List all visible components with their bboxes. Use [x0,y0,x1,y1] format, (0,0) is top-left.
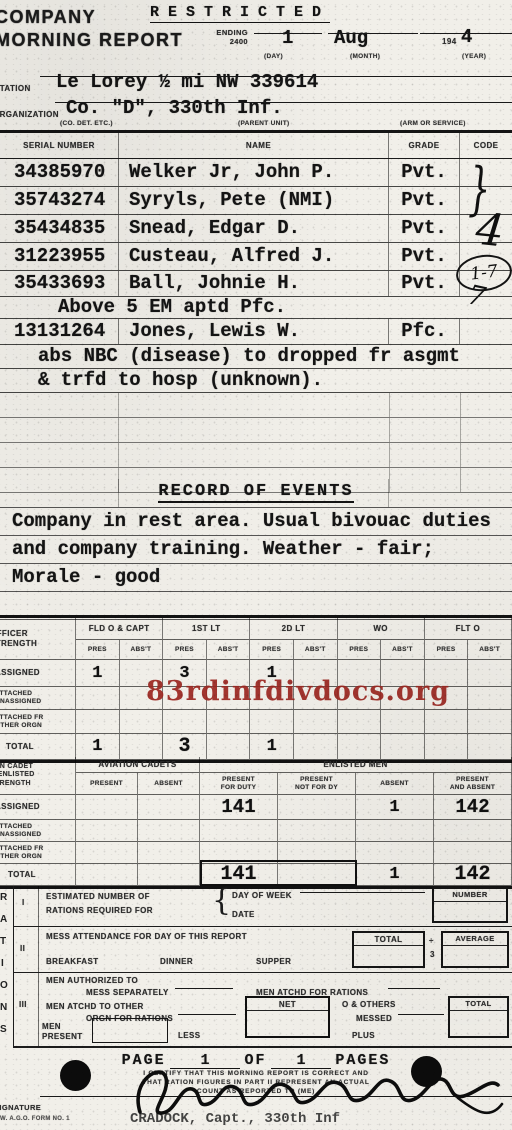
roster-table: SERIAL NUMBER NAME GRADE CODE 34385970 W… [0,130,512,493]
day-caption: (DAY) [264,53,283,61]
col-present-not-for-dy: PRESENT NOT FOR DY [295,776,338,792]
enlisted-assigned-pa: 142 [455,798,489,817]
station-underline [40,76,512,77]
grade-value: Pvt. [401,219,447,238]
sub-abst: ABS'T [305,646,326,654]
officers-total-1lt-pres: 3 [178,737,190,757]
men-present-label: MEN PRESENT [42,1022,83,1043]
group-2d-lt: 2D LT [282,624,306,633]
row-attached-fr-other: ATTACHED FR OTHER ORGN [0,845,44,861]
rations-bottom-line [13,1046,512,1048]
roster-header-row: SERIAL NUMBER NAME GRADE CODE [0,133,512,159]
note-above-5em: Above 5 EM aptd Pfc. [58,296,286,318]
men-present-box [92,1018,168,1043]
name-value: Welker Jr, John P. [129,163,334,182]
col-ac-present: PRESENT [90,780,123,788]
ending-month-value: Aug [334,29,368,48]
col-name: NAME [246,141,271,150]
org-sub-parent-unit: (PARENT UNIT) [238,120,289,128]
signature-label: SIGNATURE [0,1104,41,1113]
col-grade: GRADE [409,141,440,150]
officers-total-fld-pres: 1 [92,738,102,755]
section-numeral-3: III [19,1000,27,1009]
officers-assigned-fld-pres: 1 [92,665,102,682]
enlisted-assigned-pfd: 141 [221,798,255,817]
date-label: DATE [232,910,255,919]
side-letter: S [0,1025,7,1035]
month-caption: (MONTH) [350,53,380,61]
punch-hole-right [411,1056,442,1087]
average-box: AVERAGE [441,931,509,968]
supper-label: SUPPER [256,957,291,966]
net-box: NET [245,996,330,1038]
record-of-events: RECORD OF EVENTS Company in rest area. U… [0,479,512,620]
plus-label: PLUS [352,1031,375,1040]
col-absent: ABSENT [380,780,409,788]
section-numeral-1: I [22,898,25,907]
record-of-events-title-row: RECORD OF EVENTS [0,479,512,508]
events-line-row: and company training. Weather - fair; [0,536,512,564]
archive-watermark: 83rdinfdivdocs.org [146,678,450,705]
classification-banner: RESTRICTED [150,3,330,21]
events-line: Company in rest area. Usual bivouac duti… [12,512,491,531]
ending-2400-label: ENDING 2400 [200,29,248,46]
col-present-and-absent: PRESENT AND ABSENT [450,776,495,792]
organization-label: ORGANIZATION [0,110,59,119]
sub-abst: ABS'T [131,646,152,654]
grade-value: Pvt. [401,163,447,182]
events-line: Morale - good [12,568,160,587]
officers-total-2lt-pres: 1 [267,738,277,755]
rations-frame-line [13,886,14,1048]
org-sub-co-det: (CO. DET. ETC.) [60,120,113,128]
enlisted-assigned-absent: 1 [389,799,399,816]
row-attached-unassigned: ATTACHED UNASSIGNED [0,823,41,839]
row-assigned: ASSIGNED [0,668,40,677]
divide-sign: ÷ [429,936,434,945]
sub-abst: ABS'T [479,646,500,654]
number-box: NUMBER [432,887,508,923]
side-letter: O [0,981,8,991]
row-total: TOTAL [6,742,34,751]
empty-roster-row [0,393,512,418]
mess-separately-blank [175,988,233,989]
rations-frame-line [38,886,39,1048]
signature-scribble [118,1058,510,1124]
sub-abst: ABS'T [218,646,239,654]
day-underline [254,33,322,34]
grade-value: Pvt. [401,247,447,266]
serial-value: 35434835 [14,219,105,238]
roster-row: 35434835 Snead, Edgar D. Pvt. [0,215,512,243]
events-line-row: Morale - good [0,564,512,592]
enlisted-total-absent: 1 [389,866,399,883]
name-value: Snead, Edgar D. [129,219,300,238]
form-title-line2: MORNING REPORT [0,31,183,49]
serial-value: 31223955 [14,247,105,266]
o-and-others-label: O & OTHERS [342,1000,396,1009]
less-label: LESS [178,1031,201,1040]
rations-divider [13,926,512,927]
form-number-line: W. A.G.O. FORM NO. 1 [0,1116,70,1123]
name-value: Syryls, Pete (NMI) [129,191,334,210]
sub-pres: PRES [349,646,368,654]
morning-report-scan: RESTRICTED COMPANY MORNING REPORT ENDING… [0,0,512,1130]
name-value: Ball, Johnie H. [129,274,300,293]
note-trfd-hosp: & trfd to hosp (unknown). [38,369,323,391]
org-sub-arm-service: (ARM OR SERVICE) [400,120,466,128]
row-assigned: ASSIGNED [0,802,40,811]
roster-note-row: abs NBC (disease) to dropped fr asgmt [0,345,512,369]
form-title-line1: COMPANY [0,8,96,26]
tick [388,479,389,507]
serial-value: 35743274 [14,191,105,210]
group-aviation-cadets: AVIATION CADETS [98,760,176,769]
men-authorized-label: MEN AUTHORIZED TO [46,976,138,985]
section-numeral-2: II [20,944,25,953]
serial-value: 34385970 [14,163,105,182]
row-attached-unassigned: ATTACHED UNASSIGNED [0,690,41,706]
restricted-text: RESTRICTED [150,4,330,23]
grade-value: Pfc. [401,322,447,341]
serial-value: 13131264 [14,322,105,341]
men-atchd-rations-blank [388,988,440,989]
year-typed-value: 4 [461,28,472,47]
handwritten-4-mark: 4 [473,204,506,258]
day-of-week-label: DAY OF WEEK [232,891,292,900]
divide-by-3: 3 [430,950,435,959]
roster-row: 13131264 Jones, Lewis W. Pfc. [0,319,512,345]
col-ac-absent: ABSENT [154,780,183,788]
side-letter: A [0,915,7,925]
group-enlisted-men: ENLISTED MEN [323,760,387,769]
est-rations-line1: ESTIMATED NUMBER OF [46,892,150,901]
mess-total-box: TOTAL [352,931,425,968]
dinner-label: DINNER [160,957,193,966]
station-label: STATION [0,84,31,93]
mess-separately-label: MESS SEPARATELY [86,988,169,997]
breakfast-label: BREAKFAST [46,957,99,966]
events-line-row: Company in rest area. Usual bivouac duti… [0,508,512,536]
group-flt-o: FLT O [456,624,481,633]
serial-value: 35433693 [14,274,105,293]
enlisted-total-pa: 142 [454,865,490,885]
side-letter: R [0,893,7,903]
year-printed: 194 [442,37,457,46]
ending-day-value: 1 [282,29,293,48]
group-fld-o-capt: FLD O & CAPT [89,624,150,633]
sub-pres: PRES [437,646,456,654]
year-underline [420,33,512,34]
est-rations-line2: RATIONS REQUIRED FOR [46,906,153,915]
sub-pres: PRES [262,646,281,654]
officer-strength-corner: OFFICER STRENGTH [0,618,76,660]
sub-abst: ABS'T [392,646,413,654]
punch-hole-left [60,1060,91,1091]
enlisted-strength-corner: AVN CADET & ENLISTED STRENGTH [0,757,76,795]
record-of-events-title: RECORD OF EVENTS [158,483,353,503]
roster-row: 34385970 Welker Jr, John P. Pvt. [0,159,512,187]
col-serial-number: SERIAL NUMBER [23,141,95,150]
side-letter: T [0,937,6,947]
grade-value: Pvt. [401,191,447,210]
day-of-week-blank [300,892,425,893]
tick [118,479,119,507]
group-1st-lt: 1ST LT [192,624,220,633]
month-underline [328,33,418,34]
row-attached-fr-other: ATTACHED FR OTHER ORGN [0,714,44,730]
name-value: Jones, Lewis W. [129,322,300,341]
note-abs-nbc: abs NBC (disease) to dropped fr asgmt [38,345,460,367]
brace-glyph: { [212,886,231,916]
group-wo: WO [373,624,388,633]
roster-row: 35433693 Ball, Johnie H. Pvt. [0,271,512,297]
col-present-for-duty: PRESENT FOR DUTY [221,776,257,792]
roster-note-row: Above 5 EM aptd Pfc. [0,297,512,319]
men-atchd-other-label: MEN ATCHD TO OTHER [46,1002,144,1011]
rations-total-box: TOTAL [448,996,509,1038]
sub-pres: PRES [175,646,194,654]
roster-row: 35743274 Syryls, Pete (NMI) Pvt. [0,187,512,215]
roster-note-row: & trfd to hosp (unknown). [0,369,512,393]
grade-value: Pvt. [401,274,447,293]
events-line: and company training. Weather - fair; [12,540,434,559]
messed-label: MESSED [356,1014,392,1023]
empty-roster-row [0,418,512,443]
col-code: CODE [474,141,499,150]
sub-pres: PRES [88,646,107,654]
empty-roster-row [0,443,512,468]
side-letter: I [1,959,4,969]
rations-divider [13,972,512,973]
year-caption: (YEAR) [462,53,486,61]
mess-attendance-label: MESS ATTENDANCE FOR DAY OF THIS REPORT [46,932,247,941]
roster-row: 31223955 Custeau, Alfred J. Pvt. [0,243,512,271]
orgn-for-rations-blank [178,1014,236,1015]
messed-blank [398,1014,444,1015]
organization-underline [55,102,512,103]
row-total: TOTAL [8,870,36,879]
side-letter: N [0,1003,7,1013]
name-value: Custeau, Alfred J. [129,247,334,266]
